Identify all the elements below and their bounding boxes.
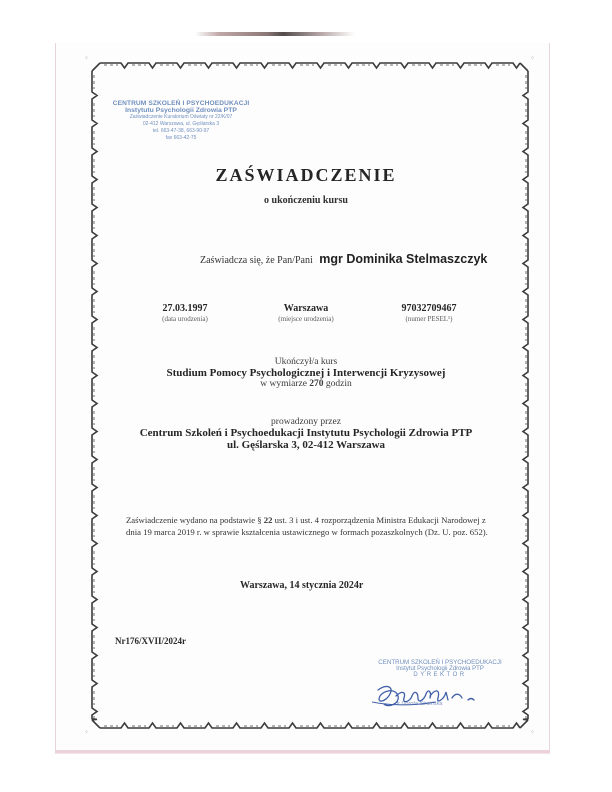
course-block: Ukończył/a kurs Studium Pomocy Psycholog… [0,357,612,389]
certification-statement: Zaświadcza się, że Pan/Pani mgr Dominika… [200,252,487,266]
legal-basis-text-1: Zaświadczenie wydano na podstawie § [126,515,264,525]
stamp-line-address: 02-412 Warszawa, ul. Gęślarska 3 [96,121,266,128]
birth-date-field: 27.03.1997 (data urodzenia) [125,303,245,323]
hours-prefix: w wymiarze [260,379,307,389]
institution-header-stamp: CENTRUM SZKOLEŃ I PSYCHOEDUKACJI Instytu… [96,100,266,142]
organizer-name: Centrum Szkoleń i Psychoedukacji Instytu… [0,427,612,439]
birth-date-caption: (data urodzenia) [125,315,245,323]
organizer-block: prowadzony przez Centrum Szkoleń i Psych… [0,417,612,451]
svg-text:⁘: ⁘ [84,729,89,736]
birth-place-field: Warszawa (miejsce urodzenia) [246,303,366,323]
hours-suffix: godzin [326,379,352,389]
stamp-line-phone: tel. 663-47-38, 663-90-97 [96,128,266,135]
svg-text:⁘: ⁘ [530,729,535,736]
organizer-address: ul. Gęślarska 3, 02-412 Warszawa [0,439,612,451]
svg-text:⁘: ⁘ [84,55,89,62]
director-stamp-center: CENTRUM SZKOLEŃ I PSYCHOEDUKACJI [355,659,525,666]
certify-prefix: Zaświadcza się, że Pan/Pani [200,255,313,266]
stamp-line-center: CENTRUM SZKOLEŃ I PSYCHOEDUKACJI [96,100,266,107]
issue-place-date: Warszawa, 14 stycznia 2024r [240,580,363,591]
pesel-value: 97032709467 [369,303,489,314]
pesel-caption: (numer PESEL¹) [369,315,489,323]
svg-text:⁘: ⁘ [530,55,535,62]
director-stamp: CENTRUM SZKOLEŃ I PSYCHOEDUKACJI Instytu… [355,659,525,678]
stamp-line-institute: Instytutu Psychologii Zdrowia PTP [96,107,266,114]
document-title: ZAŚWIADCZENIE [0,165,612,186]
legal-basis: Zaświadczenie wydano na podstawie § 22 u… [126,515,496,538]
birth-date-value: 27.03.1997 [125,303,245,314]
stamp-line-fax: fax 663-42-75 [96,135,266,142]
handwritten-signature [372,682,482,712]
director-stamp-title: DYREKTOR [355,672,525,678]
stamp-line-accreditation: Zaświadczenie Kuratorium Oświaty nr 22/K… [96,114,266,121]
pesel-field: 97032709467 (numer PESEL¹) [369,303,489,323]
course-hours: w wymiarze 270 godzin [0,379,612,389]
conducted-by-label: prowadzony przez [0,417,612,427]
birth-place-value: Warszawa [246,303,366,314]
birth-place-caption: (miejsce urodzenia) [246,315,366,323]
course-name: Studium Pomocy Psychologicznej i Interwe… [0,367,612,379]
document-number: Nr176/XVII/2024r [115,636,186,646]
completed-label: Ukończył/a kurs [0,357,612,367]
document-subtitle: o ukończeniu kursu [0,195,612,206]
recipient-name: mgr Dominika Stelmaszczyk [319,252,487,266]
hours-value: 270 [309,379,323,389]
